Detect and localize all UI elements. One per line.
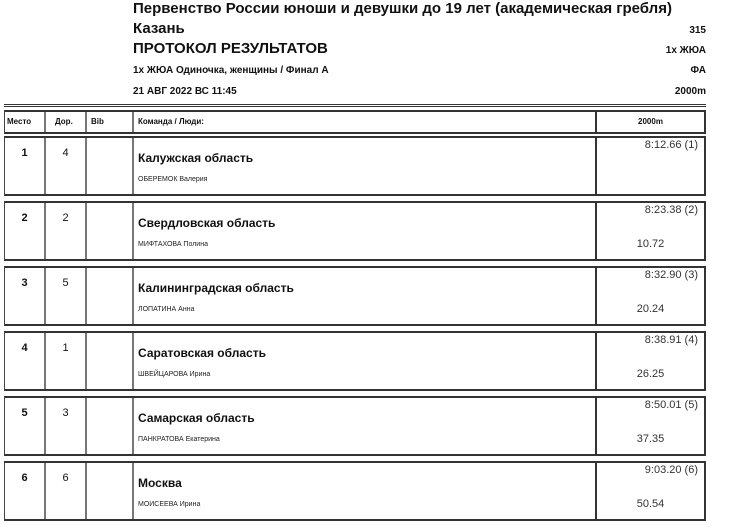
team-cell: Самарская область ПАНКРАТОВА Екатерина [134,398,597,454]
lane-cell: 4 [46,138,87,194]
race-phase: ФА [690,65,706,77]
table-row: 1 4 Калужская область ОБЕРЕМОК Валерия 8… [4,136,706,196]
time-cell: 8:38.91 (4) 26.25 [597,333,704,389]
time-cell: 8:23.38 (2) 10.72 [597,203,704,259]
crew-name: ОБЕРЕМОК Валерия [138,176,207,183]
team-cell: Москва МОИСЕЕВА Ирина [134,463,597,519]
competition-title: Первенство России юноши и девушки до 19 … [133,0,672,18]
lane-cell: 2 [46,203,87,259]
table-row: 5 3 Самарская область ПАНКРАТОВА Екатери… [4,396,706,456]
team-name: Свердловская область [138,216,275,230]
time-behind: 50.54 [597,498,704,510]
bib-cell [87,268,134,324]
time-behind: 10.72 [597,238,704,250]
time-behind: 26.25 [597,368,704,380]
bib-cell [87,398,134,454]
results-table-header: Место Дор. Bib Команда / Люди: 2000m [4,110,706,134]
place-cell: 3 [5,268,46,324]
bib-cell [87,333,134,389]
place-cell: 5 [5,398,46,454]
team-name: Саратовская область [138,346,266,360]
race-datetime: 21 АВГ 2022 ВС 11:45 [133,86,237,98]
header-divider [4,104,706,107]
lane-cell: 1 [46,333,87,389]
time-cell: 8:12.66 (1) [597,138,704,194]
team-name: Самарская область [138,411,255,425]
column-header-lane: Дор. [46,112,87,132]
column-header-split-2000m: 2000m [597,112,704,132]
finish-time: 8:23.38 (2) [645,204,698,216]
place-cell: 2 [5,203,46,259]
venue-city: Казань [133,20,185,38]
boat-class: 1x ЖЮА [666,45,706,57]
finish-time: 8:38.91 (4) [645,334,698,346]
lane-cell: 6 [46,463,87,519]
team-name: Калужская область [138,151,253,165]
place-cell: 6 [5,463,46,519]
finish-time: 8:50.01 (5) [645,399,698,411]
table-row: 3 5 Калининградская область ЛОПАТИНА Анн… [4,266,706,326]
team-name: Калининградская область [138,281,294,295]
table-row: 6 6 Москва МОИСЕЕВА Ирина 9:03.20 (6) 50… [4,461,706,521]
bib-cell [87,138,134,194]
time-cell: 8:50.01 (5) 37.35 [597,398,704,454]
crew-name: ПАНКРАТОВА Екатерина [138,436,220,443]
team-cell: Калужская область ОБЕРЕМОК Валерия [134,138,597,194]
time-behind: 37.35 [597,433,704,445]
team-cell: Калининградская область ЛОПАТИНА Анна [134,268,597,324]
lane-cell: 5 [46,268,87,324]
column-header-bib: Bib [87,112,134,132]
team-cell: Саратовская область ШВЕЙЦАРОВА Ирина [134,333,597,389]
bib-cell [87,203,134,259]
bib-cell [87,463,134,519]
place-cell: 1 [5,138,46,194]
table-row: 4 1 Саратовская область ШВЕЙЦАРОВА Ирина… [4,331,706,391]
time-cell: 8:32.90 (3) 20.24 [597,268,704,324]
race-distance: 2000m [675,86,706,98]
protocol-title: ПРОТОКОЛ РЕЗУЛЬТАТОВ [133,40,328,58]
crew-name: МОИСЕЕВА Ирина [138,501,200,508]
lane-cell: 3 [46,398,87,454]
crew-name: ШВЕЙЦАРОВА Ирина [138,371,210,378]
crew-name: ЛОПАТИНА Анна [138,306,194,313]
event-name: 1x ЖЮА Одиночка, женщины / Финал A [133,65,329,77]
column-header-team: Команда / Люди: [134,112,597,132]
place-cell: 4 [5,333,46,389]
table-row: 2 2 Свердловская область МИФТАХОВА Полин… [4,201,706,261]
finish-time: 9:03.20 (6) [645,464,698,476]
race-number: 315 [689,25,706,37]
crew-name: МИФТАХОВА Полина [138,241,208,248]
finish-time: 8:32.90 (3) [645,269,698,281]
time-behind: 20.24 [597,303,704,315]
time-cell: 9:03.20 (6) 50.54 [597,463,704,519]
team-name: Москва [138,476,182,490]
finish-time: 8:12.66 (1) [645,139,698,151]
team-cell: Свердловская область МИФТАХОВА Полина [134,203,597,259]
column-header-place: Место [5,112,46,132]
